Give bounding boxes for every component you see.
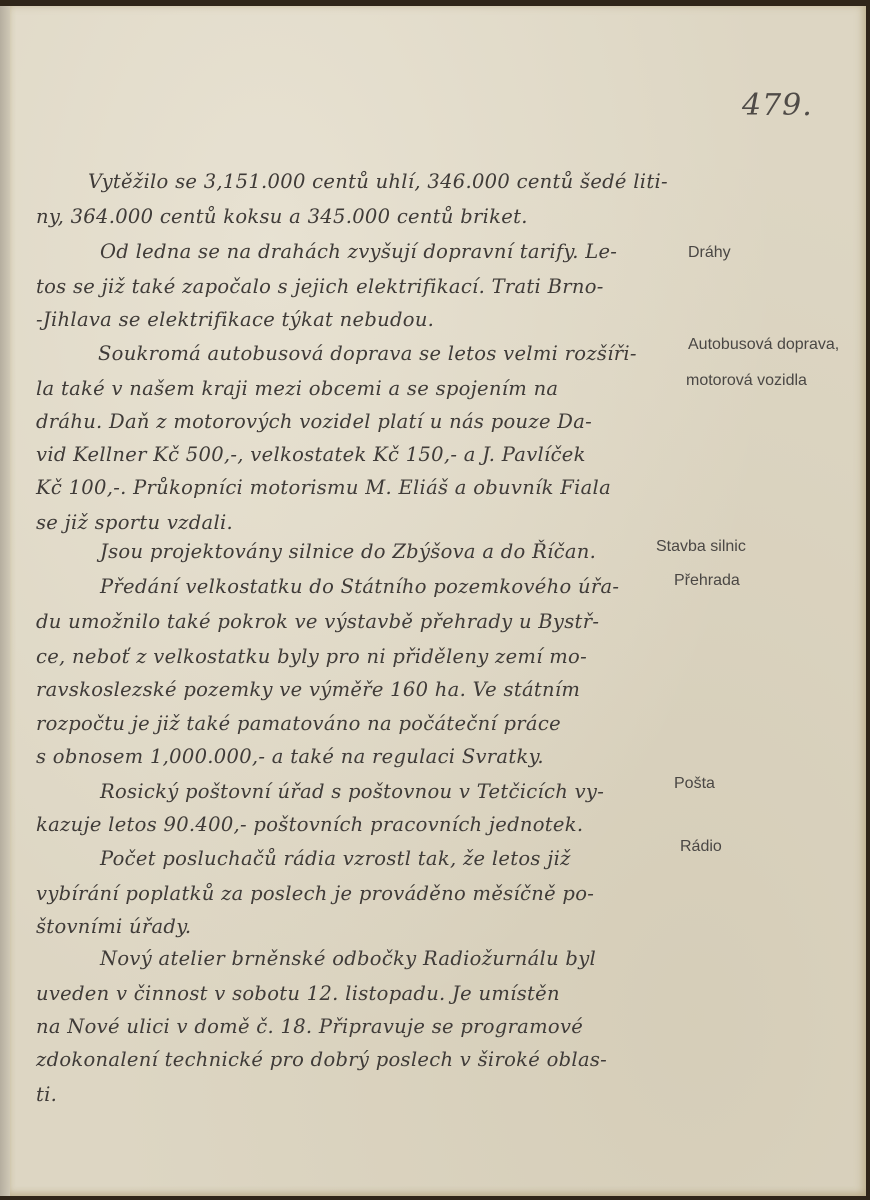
text-line: se již sportu vzdali. [36, 511, 233, 534]
margin-note: Dráhy [688, 244, 731, 262]
text-line: uveden v činnost v sobotu 12. listopadu.… [36, 982, 560, 1005]
text-line: Rosický poštovní úřad s poštovnou v Tetč… [100, 780, 604, 803]
text-line: na Nové ulici v domě č. 18. Připravuje s… [36, 1015, 583, 1038]
scanned-chronicle-page: 479. Vytěžilo se 3,151.000 centů uhlí, 3… [0, 0, 870, 1200]
margin-note: Stavba silnic [656, 538, 746, 556]
text-line: vid Kellner Kč 500,-, velkostatek Kč 150… [36, 443, 586, 466]
margin-note: Přehrada [674, 572, 740, 590]
text-line: Soukromá autobusová doprava se letos vel… [98, 342, 637, 365]
text-line: ny, 364.000 centů koksu a 345.000 centů … [36, 205, 528, 228]
text-line: zdokonalení technické pro dobrý poslech … [36, 1048, 607, 1071]
text-line: rozpočtu je již také pamatováno na počát… [36, 712, 561, 735]
text-line: -Jihlava se elektrifikace týkat nebudou. [36, 308, 434, 331]
text-line: štovními úřady. [36, 915, 191, 938]
text-line: s obnosem 1,000.000,- a také na regulaci… [36, 745, 544, 768]
text-line: ravskoslezské pozemky ve výměře 160 ha. … [36, 678, 580, 701]
text-line: la také v našem kraji mezi obcemi a se s… [36, 377, 558, 400]
manuscript-page: 479. Vytěžilo se 3,151.000 centů uhlí, 3… [10, 6, 866, 1196]
previous-page-edge [0, 6, 10, 1196]
text-line: Kč 100,-. Průkopníci motorismu M. Eliáš … [36, 476, 611, 499]
text-line: vybírání poplatků za poslech je prováděn… [36, 882, 594, 905]
margin-note: Autobusová doprava, [688, 336, 839, 354]
text-line: ce, neboť z velkostatku byly pro ni přid… [36, 645, 587, 668]
text-line: dráhu. Daň z motorových vozidel platí u … [36, 410, 592, 433]
text-line: kazuje letos 90.400,- poštovních pracovn… [36, 813, 583, 836]
text-line: ti. [36, 1083, 57, 1106]
text-line: du umožnilo také pokrok ve výstavbě přeh… [36, 610, 599, 633]
text-line: Nový atelier brněnské odbočky Radiožurná… [100, 947, 596, 970]
text-line: Od ledna se na drahách zvyšují dopravní … [100, 240, 617, 263]
text-line: Vytěžilo se 3,151.000 centů uhlí, 346.00… [88, 170, 668, 193]
text-line: Počet posluchačů rádia vzrostl tak, že l… [100, 847, 571, 870]
text-line: tos se již také započalo s jejich elektr… [36, 275, 604, 298]
margin-note: motorová vozidla [686, 372, 807, 390]
text-line: Předání velkostatku do Státního pozemkov… [100, 575, 619, 598]
margin-note: Pošta [674, 775, 715, 793]
page-number: 479. [742, 88, 813, 123]
margin-note: Rádio [680, 838, 722, 856]
text-line: Jsou projektovány silnice do Zbýšova a d… [100, 540, 596, 563]
